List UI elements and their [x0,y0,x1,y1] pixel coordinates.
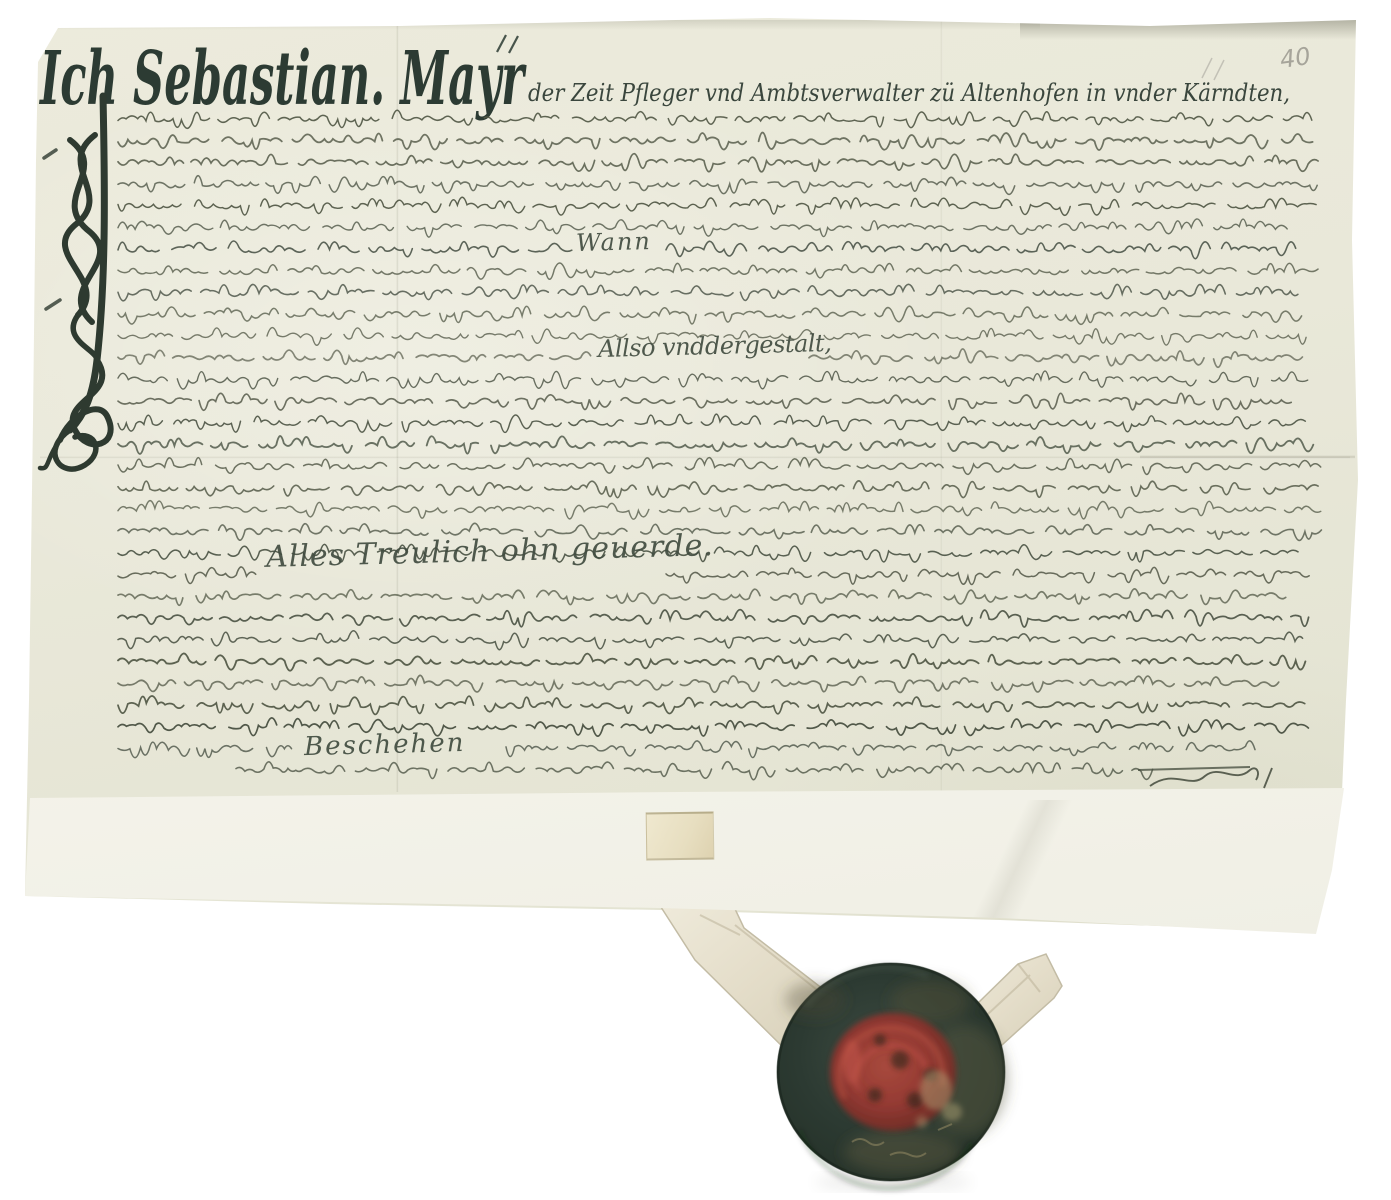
emphasis-word-beschehen: Beschehen [304,728,466,762]
handwriting-line [118,718,1308,736]
handwriting-line [118,110,1312,128]
handwriting-line [118,653,1305,670]
handwriting-line [118,436,1313,454]
handwriting-line [118,393,1291,410]
handwriting-line [118,675,1279,692]
handwriting-line [118,414,1305,432]
handwriting-line [118,631,1303,650]
handwriting-line [236,762,1153,780]
body-handwriting [0,0,1391,1200]
emphasis-word-wann: Wann [576,227,653,257]
handwriting-line [118,458,1321,475]
handwriting-line [118,263,1318,279]
handwriting-line [118,306,1302,324]
handwriting-line [118,219,1287,237]
handwriting-line [118,610,1309,627]
handwriting-line [118,176,1317,195]
handwriting-line [118,741,1255,758]
archival-number-pencil: 40 [1278,42,1312,74]
handwriting-line [118,481,1318,498]
handwriting-line [118,133,1313,150]
handwriting-line [118,154,1318,172]
handwriting-line [118,501,1321,520]
handwriting-line [118,241,1296,259]
handwriting-line [118,696,1305,714]
handwriting-line [118,284,1298,301]
charter-scan: Ich Sebastian. Mayr der Zeit Pfleger vnd… [0,0,1391,1200]
handwriting-line [118,371,1308,389]
handwriting-line [118,523,1321,540]
handwriting-line [118,197,1316,215]
handwriting-line [118,589,1286,605]
